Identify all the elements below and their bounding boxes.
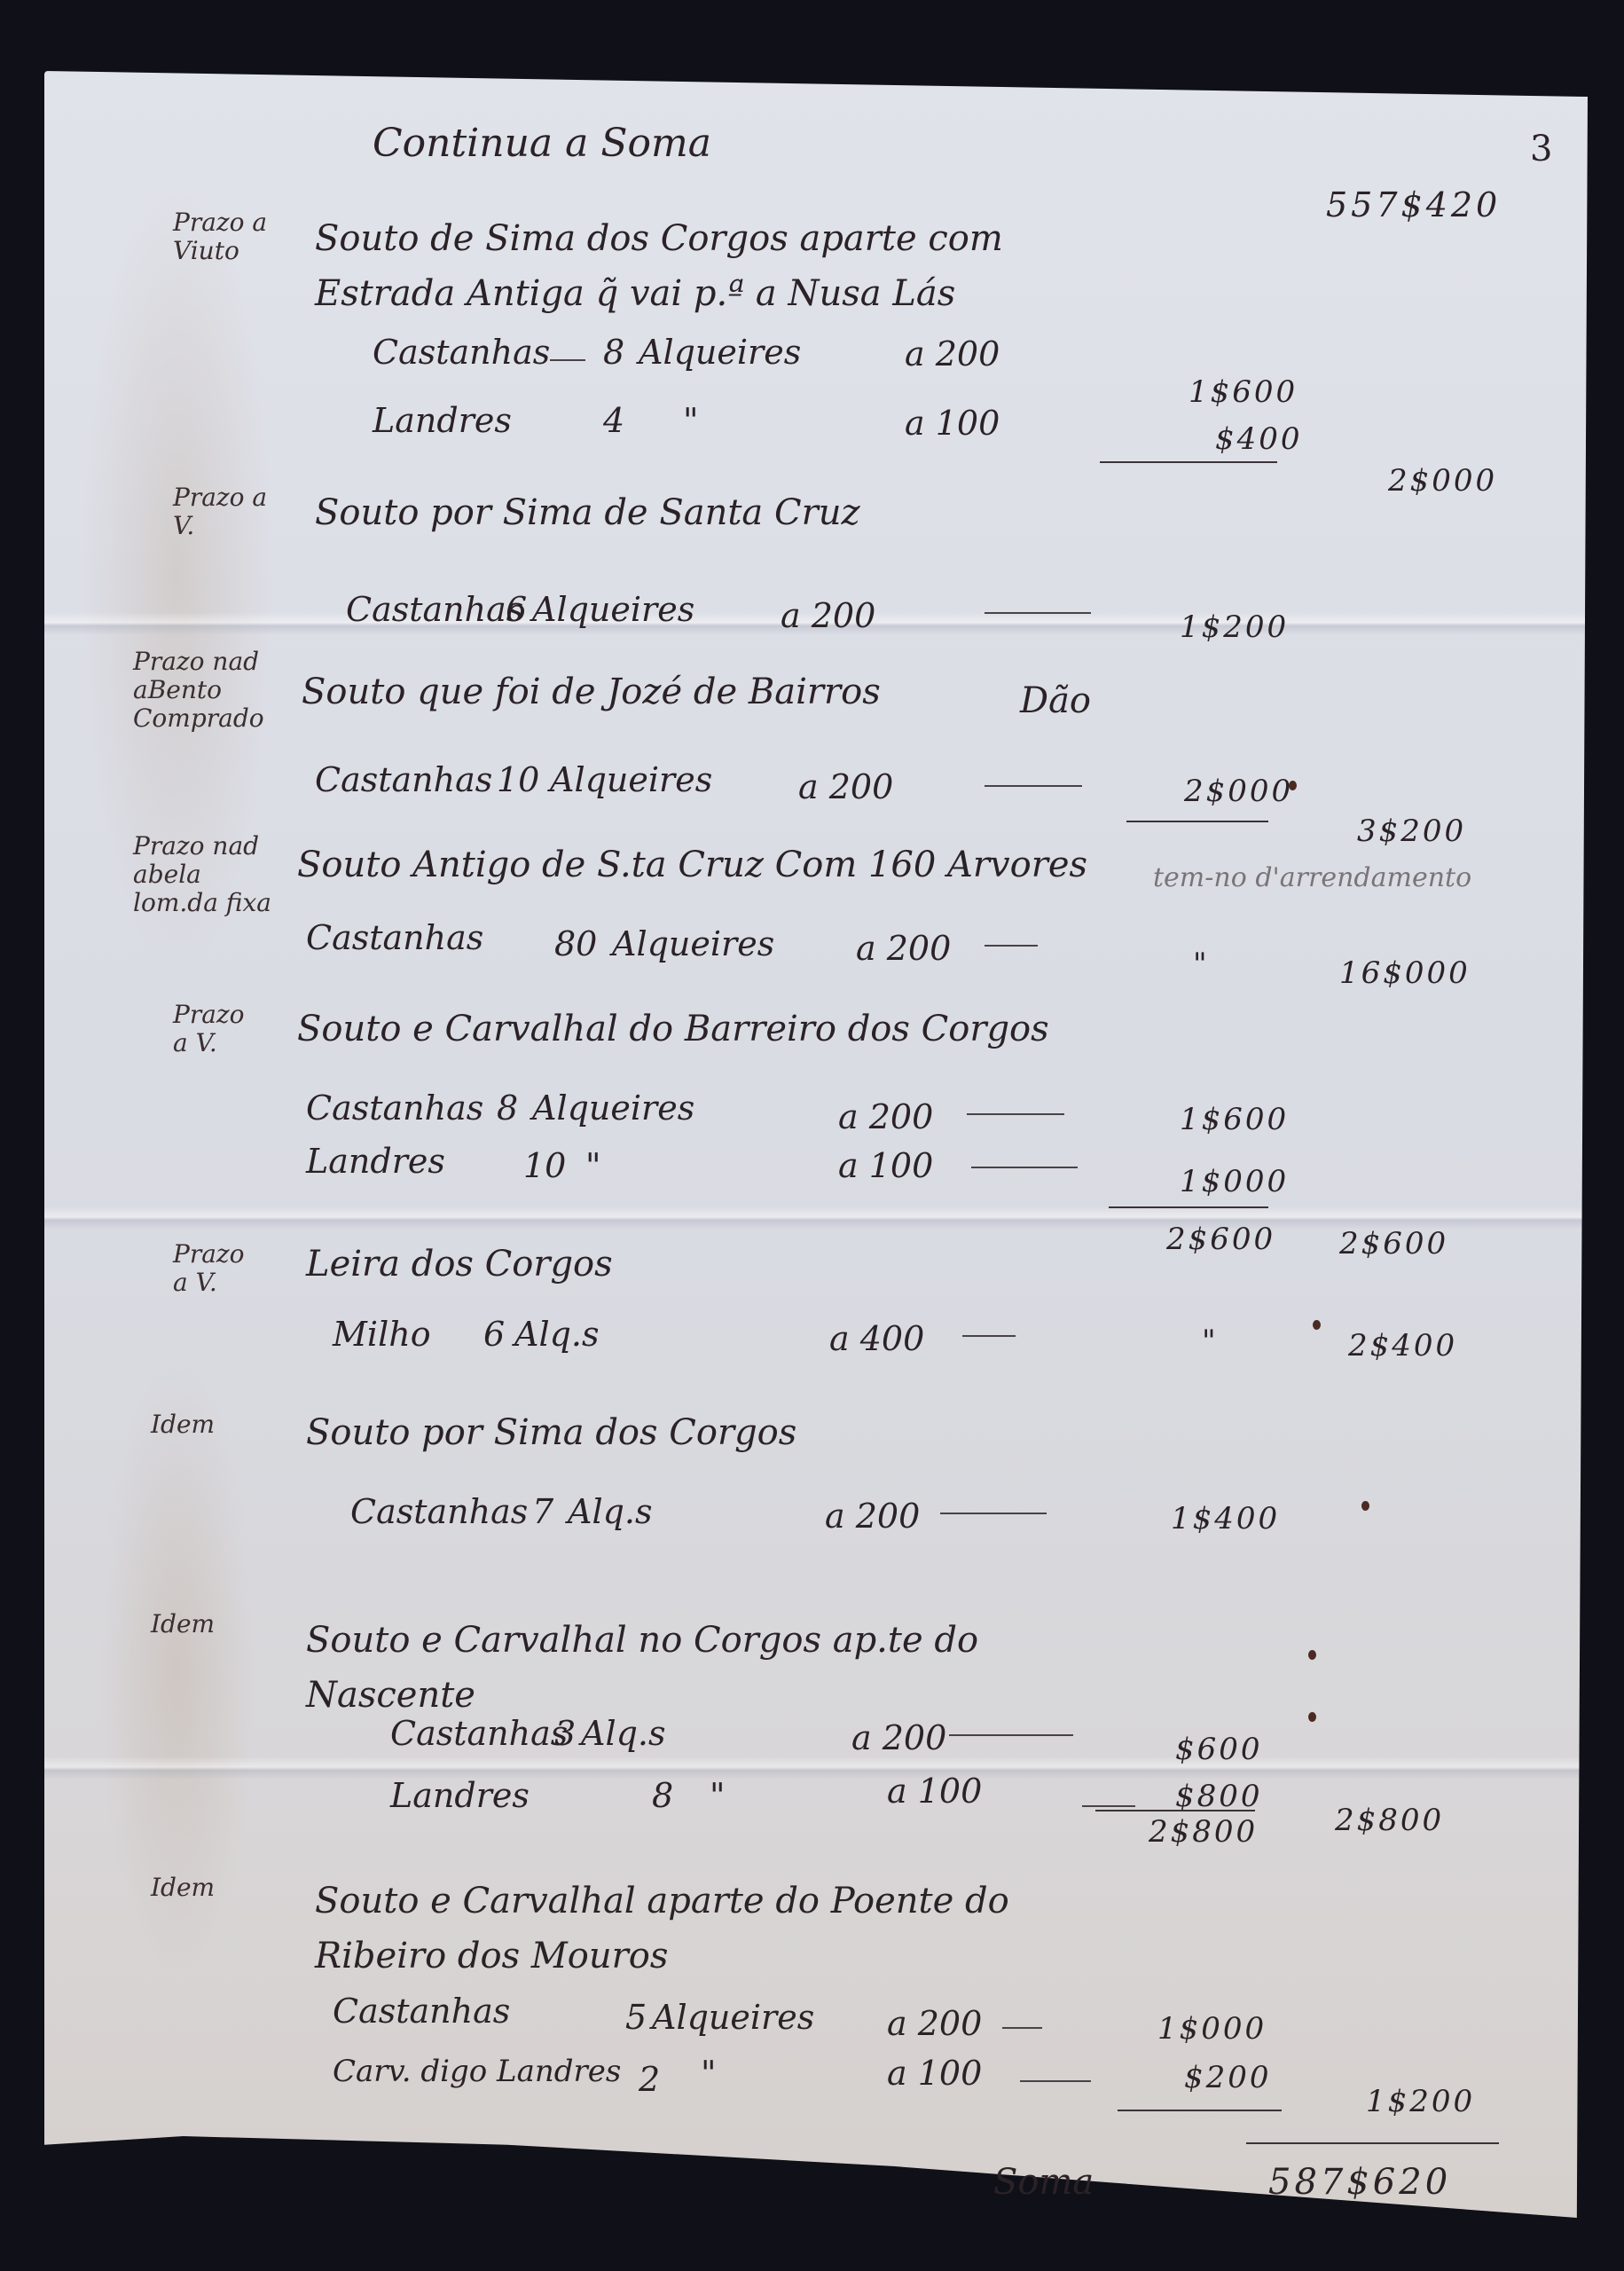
entry-margin-note: Idem [151, 1411, 215, 1439]
page-heading: Continua a Soma [373, 124, 711, 163]
item-qty: 8 [603, 335, 624, 369]
entry-note: tem-no d'arrendamento [1153, 865, 1471, 892]
final-sum-rule [1246, 2142, 1499, 2144]
item-value: $200 [1184, 2063, 1272, 2093]
carried-forward-total: 557$420 [1326, 188, 1501, 222]
item-qty: 6 [483, 1317, 505, 1351]
item-qty: 4 [603, 404, 624, 437]
entry-total: 3$200 [1357, 816, 1466, 846]
item-rate: a 200 [856, 931, 951, 965]
item-unit: Alq.s [514, 1317, 600, 1351]
leader-line [967, 1113, 1064, 1115]
entry-total: 2$000 [1388, 466, 1497, 496]
item-unit: " [701, 2056, 716, 2090]
leader-line [985, 945, 1038, 947]
item-rate: a 100 [838, 1149, 933, 1183]
item-name: Castanhas [346, 593, 523, 626]
item-unit: Alqueires [550, 763, 712, 797]
item-name: Milho [333, 1317, 431, 1351]
paper-fold [44, 1756, 1588, 1780]
item-name: Castanhas [350, 1495, 528, 1528]
entry-total: 2$600 [1339, 1229, 1448, 1259]
sum-rule [1100, 461, 1277, 463]
item-rate: a 100 [887, 2056, 982, 2090]
item-name: Castanhas [373, 335, 550, 369]
leader-line [949, 1734, 1073, 1736]
ink-blot [1289, 781, 1297, 790]
sum-rule [1095, 1810, 1255, 1811]
item-qty: 10 [497, 763, 539, 797]
item-unit: Alqueires [639, 335, 801, 369]
item-qty: 10 [523, 1149, 566, 1183]
item-qty: 8 [652, 1779, 673, 1812]
leader-line [1002, 2027, 1042, 2029]
item-qty: 8 [497, 1091, 518, 1125]
item-value: 1$400 [1171, 1504, 1280, 1534]
item-value: $800 [1175, 1781, 1263, 1811]
entry-description: Souto de Sima dos Corgos aparte com Estr… [315, 211, 1078, 321]
ink-blot [1308, 1712, 1316, 1722]
item-qty: 7 [532, 1495, 553, 1528]
entry-description: Souto Antigo de S.ta Cruz Com 160 Arvore… [297, 847, 1087, 883]
leader-line [985, 785, 1082, 787]
item-qty: 80 [554, 927, 597, 961]
item-name: Castanhas [390, 1717, 568, 1750]
item-name: Castanhas [306, 1091, 483, 1125]
item-unit: Alqueires [612, 927, 774, 961]
leader-line [1082, 1805, 1135, 1807]
item-name: Castanhas [306, 921, 483, 955]
entry-subtotal: 2$600 [1166, 1224, 1275, 1254]
final-sum-total: 587$620 [1268, 2165, 1451, 2200]
ink-blot [1313, 1320, 1321, 1330]
item-value: " [1202, 1326, 1219, 1356]
item-name: Landres [306, 1144, 445, 1178]
item-rate: a 200 [781, 599, 875, 633]
entry-margin-note: Idem [151, 1610, 215, 1638]
entry-description: Leira dos Corgos [306, 1246, 613, 1282]
leader-line [1020, 2080, 1091, 2082]
entry-description: Souto por Sima dos Corgos [306, 1415, 796, 1450]
item-rate: a 200 [798, 770, 893, 804]
entry-margin-note: Prazo a V. [173, 483, 279, 540]
sum-rule [1126, 821, 1268, 822]
item-rate: a 200 [905, 337, 1000, 371]
ink-blot [1361, 1501, 1369, 1511]
item-unit: " [710, 1779, 725, 1812]
entry-total: 2$400 [1348, 1331, 1457, 1361]
item-qty: 5 [625, 2000, 647, 2034]
entry-note: Dão [1020, 683, 1091, 719]
final-sum-label: Soma [993, 2165, 1094, 2200]
item-value: 1$000 [1157, 2014, 1267, 2044]
entry-description: Souto que foi de Jozé de Bairros [302, 674, 881, 710]
item-name: Landres [373, 404, 512, 437]
item-value: 1$600 [1180, 1104, 1289, 1135]
leader-line [940, 1513, 1047, 1514]
entry-description: Souto e Carvalhal aparte do Poente do Ri… [315, 1874, 1113, 1984]
entry-margin-note: Prazo nad abela lom.da fixa [133, 832, 293, 918]
item-unit: Alq.s [568, 1495, 653, 1528]
item-qty: 3 [554, 1717, 576, 1750]
leader-line [971, 1167, 1078, 1168]
item-rate: a 200 [851, 1721, 946, 1755]
item-name: Castanhas [333, 1994, 510, 2028]
entry-description: Souto por Sima de Santa Cruz [315, 495, 860, 530]
sum-rule [1118, 2110, 1282, 2111]
entry-margin-note: Idem [151, 1874, 215, 1902]
folio-number: 3 [1530, 131, 1552, 167]
item-value: 1$200 [1180, 612, 1289, 642]
ink-blot [1308, 1650, 1316, 1660]
item-unit: " [585, 1149, 600, 1183]
item-name: Castanhas [315, 763, 492, 797]
item-unit: " [683, 404, 698, 437]
item-qty: 6 [506, 593, 527, 626]
item-rate: a 200 [887, 2007, 982, 2040]
item-value: 1$600 [1189, 377, 1298, 407]
entry-margin-note: Prazo a Viuto [173, 208, 306, 265]
entry-total: 16$000 [1339, 958, 1471, 988]
item-rate: a 200 [838, 1100, 933, 1134]
item-value: 1$000 [1180, 1167, 1289, 1197]
entry-margin-note: Prazo a V. [173, 1240, 262, 1297]
item-unit: Alq.s [581, 1717, 666, 1750]
item-name: Landres [390, 1779, 530, 1812]
item-name: Carv. digo Landres [333, 2056, 621, 2086]
entry-total: 2$800 [1335, 1805, 1444, 1835]
item-value: " [1193, 949, 1210, 979]
leader-line [550, 359, 585, 361]
item-unit: Alqueires [532, 1091, 694, 1125]
item-value: $600 [1175, 1734, 1263, 1764]
item-rate: a 200 [825, 1499, 920, 1533]
leader-line [985, 612, 1091, 614]
item-rate: a 100 [905, 406, 1000, 440]
item-unit: Alqueires [532, 593, 694, 626]
sum-rule [1109, 1206, 1268, 1208]
leader-line [962, 1335, 1016, 1337]
item-value: $400 [1215, 424, 1303, 454]
entry-margin-note: Prazo a V. [173, 1001, 262, 1057]
item-value: 2$000 [1184, 776, 1293, 806]
entry-subtotal: 2$800 [1149, 1817, 1258, 1847]
item-qty: 2 [639, 2063, 660, 2096]
entry-description: Souto e Carvalhal do Barreiro dos Corgos [297, 1011, 1049, 1047]
item-rate: a 400 [829, 1322, 924, 1356]
item-unit: Alqueires [652, 2000, 814, 2034]
entry-description: Souto e Carvalhal no Corgos ap.te do Nas… [306, 1613, 1140, 1723]
entry-total: 1$200 [1366, 2086, 1475, 2117]
entry-margin-note: Prazo nad aBento Comprado [133, 648, 293, 734]
item-rate: a 100 [887, 1774, 982, 1808]
